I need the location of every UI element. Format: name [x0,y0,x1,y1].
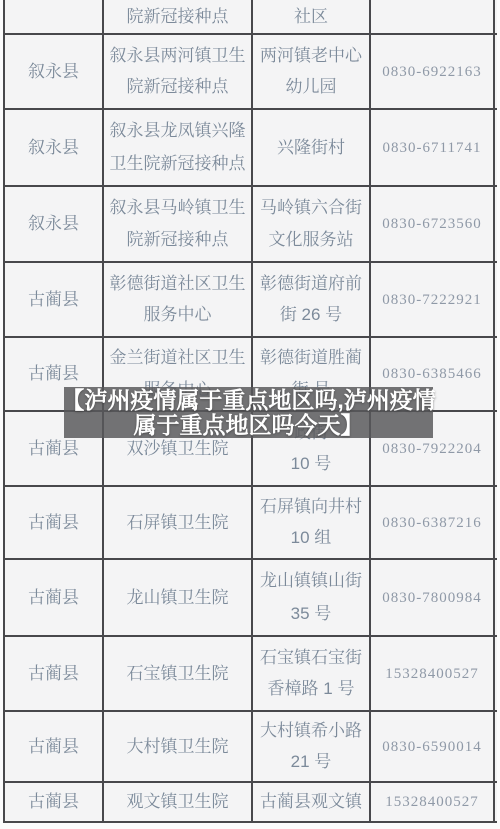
phone-cell: 0830-6590014 [371,712,495,781]
county-label: 叙永县 [28,213,79,235]
county-cell: 古蔺县 [5,487,104,558]
county-label: 古蔺县 [28,791,79,813]
phone-number: 0830-6922163 [382,61,482,83]
cell-text-line: 叙永县两河镇卫生 [110,45,246,67]
cell-text-line: 龙山镇卫生院 [127,587,229,609]
site-cell: 院新冠接种点 [104,0,253,33]
cell-text-line: 彰德街道社区卫生 [110,273,246,295]
cell-text-line: 叙永县马岭镇卫生 [110,197,246,219]
cell-text-line: 院新冠接种点 [127,6,229,28]
cell-text-line: 石屏镇向井村 [260,496,362,518]
address-cell: 社区 [253,0,371,33]
address-cell: 石宝镇石宝街香樟路 1 号 [253,637,371,710]
county-cell: 古蔺县 [5,637,104,710]
site-cell: 石屏镇卫生院 [104,487,253,558]
cell-text-line: 石宝镇卫生院 [127,663,229,685]
cell-text-line: 两河镇老中心 [260,45,362,67]
address-cell: 古蔺县观文镇 [253,783,371,821]
cell-text-line: 观文镇卫生院 [127,791,229,813]
county-label: 古蔺县 [28,587,79,609]
table-row: 古蔺县龙山镇卫生院龙山镇镇山街35 号0830-7800984 [5,560,497,637]
county-cell: 叙永县 [5,110,104,185]
cell-text-line: 双沙镇卫生院 [127,438,229,460]
county-cell: 叙永县 [5,187,104,261]
cell-text-line: 幼儿园 [286,76,337,98]
cell-text-line: 香樟路 1 号 [268,678,355,700]
phone-number: 0830-6711741 [383,137,482,159]
site-cell: 龙山镇卫生院 [104,560,253,635]
phone-cell: 15328400527 [371,783,495,821]
phone-cell: 0830-6922163 [371,35,495,108]
address-cell: 两河镇老中心幼儿园 [253,35,371,108]
phone-cell: 15328400527 [371,637,495,710]
phone-cell: 0830-7222921 [371,263,495,336]
address-cell: 石屏镇向井村10 组 [253,487,371,558]
county-cell: 叙永县 [5,35,104,108]
cell-text-line: 服务中心 [144,304,212,326]
county-label: 叙永县 [28,61,79,83]
table-row: 古蔺县石宝镇卫生院石宝镇石宝街香樟路 1 号15328400527 [5,637,497,712]
cell-text-line: 马岭镇六合街 [260,197,362,219]
site-cell: 彰德街道社区卫生服务中心 [104,263,253,336]
phone-number: 0830-6590014 [382,736,482,758]
county-cell [5,0,104,33]
address-cell: 彰德街道府前街 26 号 [253,263,371,336]
watermark-text-line2: 属于重点地区吗今天】 [134,413,364,438]
county-cell: 古蔺县 [5,712,104,781]
cell-text-line: 大村镇希小路 [260,720,362,742]
address-cell: 马岭镇六合街文化服务站 [253,187,371,261]
table-row: 古蔺县石屏镇卫生院石屏镇向井村10 组0830-6387216 [5,487,497,560]
county-label: 古蔺县 [28,438,79,460]
cell-text-line: 35 号 [291,603,332,625]
cell-text-line: 社区 [294,6,328,28]
cell-text-line: 金兰街道社区卫生 [110,347,246,369]
cell-text-line: 卫生院新冠接种点 [110,153,246,175]
county-label: 古蔺县 [28,736,79,758]
site-cell: 石宝镇卫生院 [104,637,253,710]
phone-cell: 0830-6387216 [371,487,495,558]
county-cell: 古蔺县 [5,783,104,821]
cell-text-line: 石宝镇石宝街 [260,647,362,669]
cell-text-line: 石屏镇卫生院 [127,512,229,534]
cell-text-line: 兴隆街村 [277,137,345,159]
cell-text-line: 街 26 号 [280,304,342,326]
phone-number: 15328400527 [385,663,479,685]
table-row: 叙永县叙永县马岭镇卫生院新冠接种点马岭镇六合街文化服务站0830-6723560 [5,187,497,263]
table-row: 院新冠接种点社区 [5,0,497,35]
county-label: 叙永县 [28,137,79,159]
watermark-overlay: 【泸州疫情属于重点地区吗,泸州疫情 属于重点地区吗今天】 [64,387,433,438]
table-row: 古蔺县彰德街道社区卫生服务中心彰德街道府前街 26 号0830-7222921 [5,263,497,338]
county-label: 古蔺县 [28,363,79,385]
watermark-text-line1: 【泸州疫情属于重点地区吗,泸州疫情 [61,388,435,413]
cell-text-line: 10 号 [291,453,332,475]
page: 院新冠接种点社区叙永县叙永县两河镇卫生院新冠接种点两河镇老中心幼儿园0830-6… [0,0,500,829]
phone-number: 15328400527 [385,791,479,813]
county-label: 古蔺县 [28,289,79,311]
site-cell: 叙永县两河镇卫生院新冠接种点 [104,35,253,108]
table-row: 古蔺县大村镇卫生院大村镇希小路21 号0830-6590014 [5,712,497,783]
cell-text-line: 彰德街道胜蔺 [260,347,362,369]
address-cell: 兴隆街村 [253,110,371,185]
county-label: 古蔺县 [28,512,79,534]
table-row: 古蔺县观文镇卫生院古蔺县观文镇15328400527 [5,783,497,823]
phone-number: 0830-6385466 [382,363,482,385]
cell-text-line: 古蔺县观文镇 [260,791,362,813]
phone-number: 0830-7922204 [382,438,482,460]
cell-text-line: 院新冠接种点 [127,76,229,98]
table-row: 叙永县叙永县两河镇卫生院新冠接种点两河镇老中心幼儿园0830-6922163 [5,35,497,110]
cell-text-line: 21 号 [291,751,332,773]
cell-text-line: 文化服务站 [269,229,354,251]
county-label: 古蔺县 [28,663,79,685]
phone-cell: 0830-7800984 [371,560,495,635]
site-cell: 叙永县马岭镇卫生院新冠接种点 [104,187,253,261]
site-cell: 叙永县龙凤镇兴隆卫生院新冠接种点 [104,110,253,185]
table-row: 叙永县叙永县龙凤镇兴隆卫生院新冠接种点兴隆街村0830-6711741 [5,110,497,187]
site-cell: 观文镇卫生院 [104,783,253,821]
cell-text-line: 院新冠接种点 [127,229,229,251]
phone-number: 0830-7222921 [382,289,482,311]
site-cell: 大村镇卫生院 [104,712,253,781]
cell-text-line: 10 组 [291,527,332,549]
phone-number: 0830-6387216 [382,512,482,534]
cell-text-line: 龙山镇镇山街 [260,570,362,592]
phone-cell [371,0,495,33]
address-cell: 龙山镇镇山街35 号 [253,560,371,635]
county-cell: 古蔺县 [5,263,104,336]
cell-text-line: 叙永县龙凤镇兴隆 [110,120,246,142]
cell-text-line: 大村镇卫生院 [127,736,229,758]
phone-cell: 0830-6711741 [371,110,495,185]
phone-number: 0830-6723560 [382,213,482,235]
phone-cell: 0830-6723560 [371,187,495,261]
address-cell: 大村镇希小路21 号 [253,712,371,781]
county-cell: 古蔺县 [5,560,104,635]
cell-text-line: 彰德街道府前 [260,273,362,295]
phone-number: 0830-7800984 [382,587,482,609]
